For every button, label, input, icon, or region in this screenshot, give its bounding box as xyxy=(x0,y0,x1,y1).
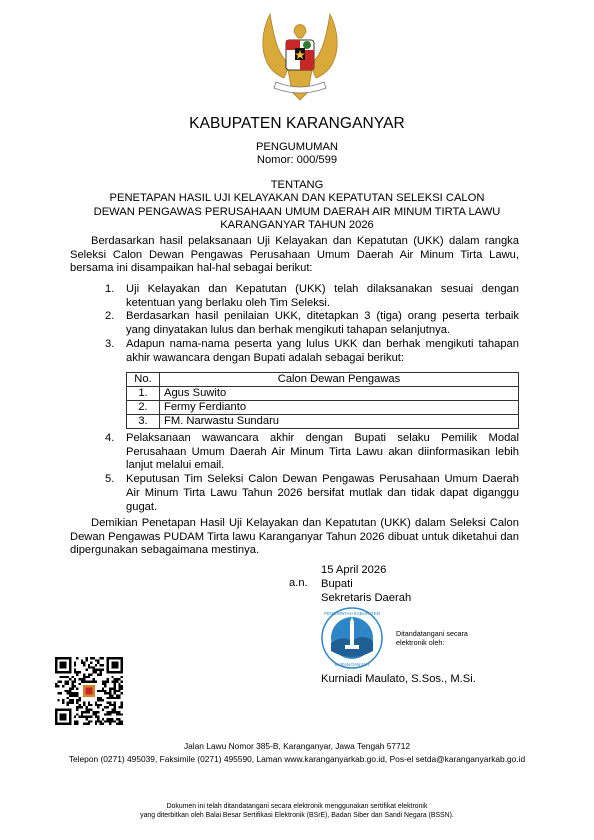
item-text: Pelaksanaan wawancara akhir dengan Bupat… xyxy=(126,432,519,473)
office-name: Bupati xyxy=(321,577,411,591)
item-number: 5. xyxy=(105,473,126,514)
closing-paragraph: Demikian Penetapan Hasil Uji Kelayakan d… xyxy=(70,517,519,558)
item-number: 1. xyxy=(105,283,126,310)
footer-contact-line: Telepon (0271) 495039, Faksimile (0271) … xyxy=(0,753,594,766)
candidate-name: Fermy Ferdianto xyxy=(160,401,519,415)
item-number: 3. xyxy=(105,338,126,365)
item-number: 2. xyxy=(105,310,126,337)
list-item: 2.Berdasarkan hasil penilaian UKK, ditet… xyxy=(105,310,519,337)
subject-line: PENETAPAN HASIL UJI KELAYAKAN DAN KEPATU… xyxy=(0,192,594,205)
footer-contact: Jalan Lawu Nomor 385-B, Karanganyar, Jaw… xyxy=(0,740,594,766)
doc-number: Nomor: 000/599 xyxy=(0,154,594,167)
qr-code-icon xyxy=(55,657,123,725)
svg-text:KARANGANYAR: KARANGANYAR xyxy=(335,662,371,667)
doc-type: PENGUMUMAN xyxy=(0,141,594,154)
on-behalf-label: a.n. xyxy=(289,577,308,589)
item-number: 4. xyxy=(105,432,126,473)
candidates-table: No. Calon Dewan Pengawas 1. Agus Suwito … xyxy=(126,372,519,429)
list-item: 3.Adapun nama-nama peserta yang lulus UK… xyxy=(105,338,519,365)
subject-line: KARANGANYAR TAHUN 2026 xyxy=(0,219,594,232)
table-row: 1. Agus Suwito xyxy=(127,387,519,401)
list-item: 1.Uji Kelayakan dan Kepatutan (UKK) tela… xyxy=(105,283,519,310)
garuda-emblem-icon xyxy=(250,8,350,104)
row-number: 3. xyxy=(127,415,160,429)
table-row: 2. Fermy Ferdianto xyxy=(127,401,519,415)
intro-text: Berdasarkan hasil pelaksanaan Uji Kelaya… xyxy=(70,235,519,274)
bsre-notice: Dokumen ini telah ditandatangani secara … xyxy=(0,802,594,820)
col-name-header: Calon Dewan Pengawas xyxy=(160,373,519,387)
points-list-b: 4.Pelaksanaan wawancara akhir dengan Bup… xyxy=(105,432,519,514)
bsre-line: Dokumen ini telah ditandatangani secara … xyxy=(0,802,594,811)
table-header-row: No. Calon Dewan Pengawas xyxy=(127,373,519,387)
karanganyar-seal-icon: PEMERINTAH KABUPATEN KARANGANYAR xyxy=(321,607,383,669)
candidate-name: FM. Narwastu Sundaru xyxy=(160,415,519,429)
subject-line: DEWAN PENGAWAS PERUSAHAAN UMUM DAERAH AI… xyxy=(0,206,594,219)
col-no-header: No. xyxy=(127,373,160,387)
signature-date: 15 April 2026 xyxy=(321,563,386,577)
announcement-heading: PENGUMUMAN Nomor: 000/599 xyxy=(0,141,594,168)
closing-text: Demikian Penetapan Hasil Uji Kelayakan d… xyxy=(70,517,519,556)
subject-heading: TENTANG PENETAPAN HASIL UJI KELAYAKAN DA… xyxy=(0,179,594,233)
candidate-name: Agus Suwito xyxy=(160,387,519,401)
list-item: 4.Pelaksanaan wawancara akhir dengan Bup… xyxy=(105,432,519,473)
esign-note-line: Ditandatangani secara xyxy=(396,629,468,638)
item-text: Keputusan Tim Seleksi Calon Dewan Pengaw… xyxy=(126,473,519,514)
esign-note: Ditandatangani secara elektronik oleh: xyxy=(396,629,468,647)
item-text: Berdasarkan hasil penilaian UKK, ditetap… xyxy=(126,310,519,337)
esign-note-line: elektronik oleh: xyxy=(396,638,468,647)
row-number: 2. xyxy=(127,401,160,415)
signer-position: Sekretaris Daerah xyxy=(321,591,411,605)
points-list-a: 1.Uji Kelayakan dan Kepatutan (UKK) tela… xyxy=(105,283,519,365)
signature-office: Bupati Sekretaris Daerah xyxy=(321,577,411,605)
bsre-line: yang diterbitkan oleh Balai Besar Sertif… xyxy=(0,811,594,820)
list-item: 5.Keputusan Tim Seleksi Calon Dewan Peng… xyxy=(105,473,519,514)
regency-title: KABUPATEN KARANGANYAR xyxy=(0,115,594,133)
about-label: TENTANG xyxy=(0,179,594,192)
intro-paragraph: Berdasarkan hasil pelaksanaan Uji Kelaya… xyxy=(70,235,519,276)
item-text: Uji Kelayakan dan Kepatutan (UKK) telah … xyxy=(126,283,519,310)
item-text: Adapun nama-nama peserta yang lulus UKK … xyxy=(126,338,519,365)
table-row: 3. FM. Narwastu Sundaru xyxy=(127,415,519,429)
svg-text:PEMERINTAH KABUPATEN: PEMERINTAH KABUPATEN xyxy=(324,611,380,616)
row-number: 1. xyxy=(127,387,160,401)
signer-name: Kurniadi Maulato, S.Sos., M.Si. xyxy=(321,672,476,686)
footer-address: Jalan Lawu Nomor 385-B, Karanganyar, Jaw… xyxy=(0,740,594,753)
